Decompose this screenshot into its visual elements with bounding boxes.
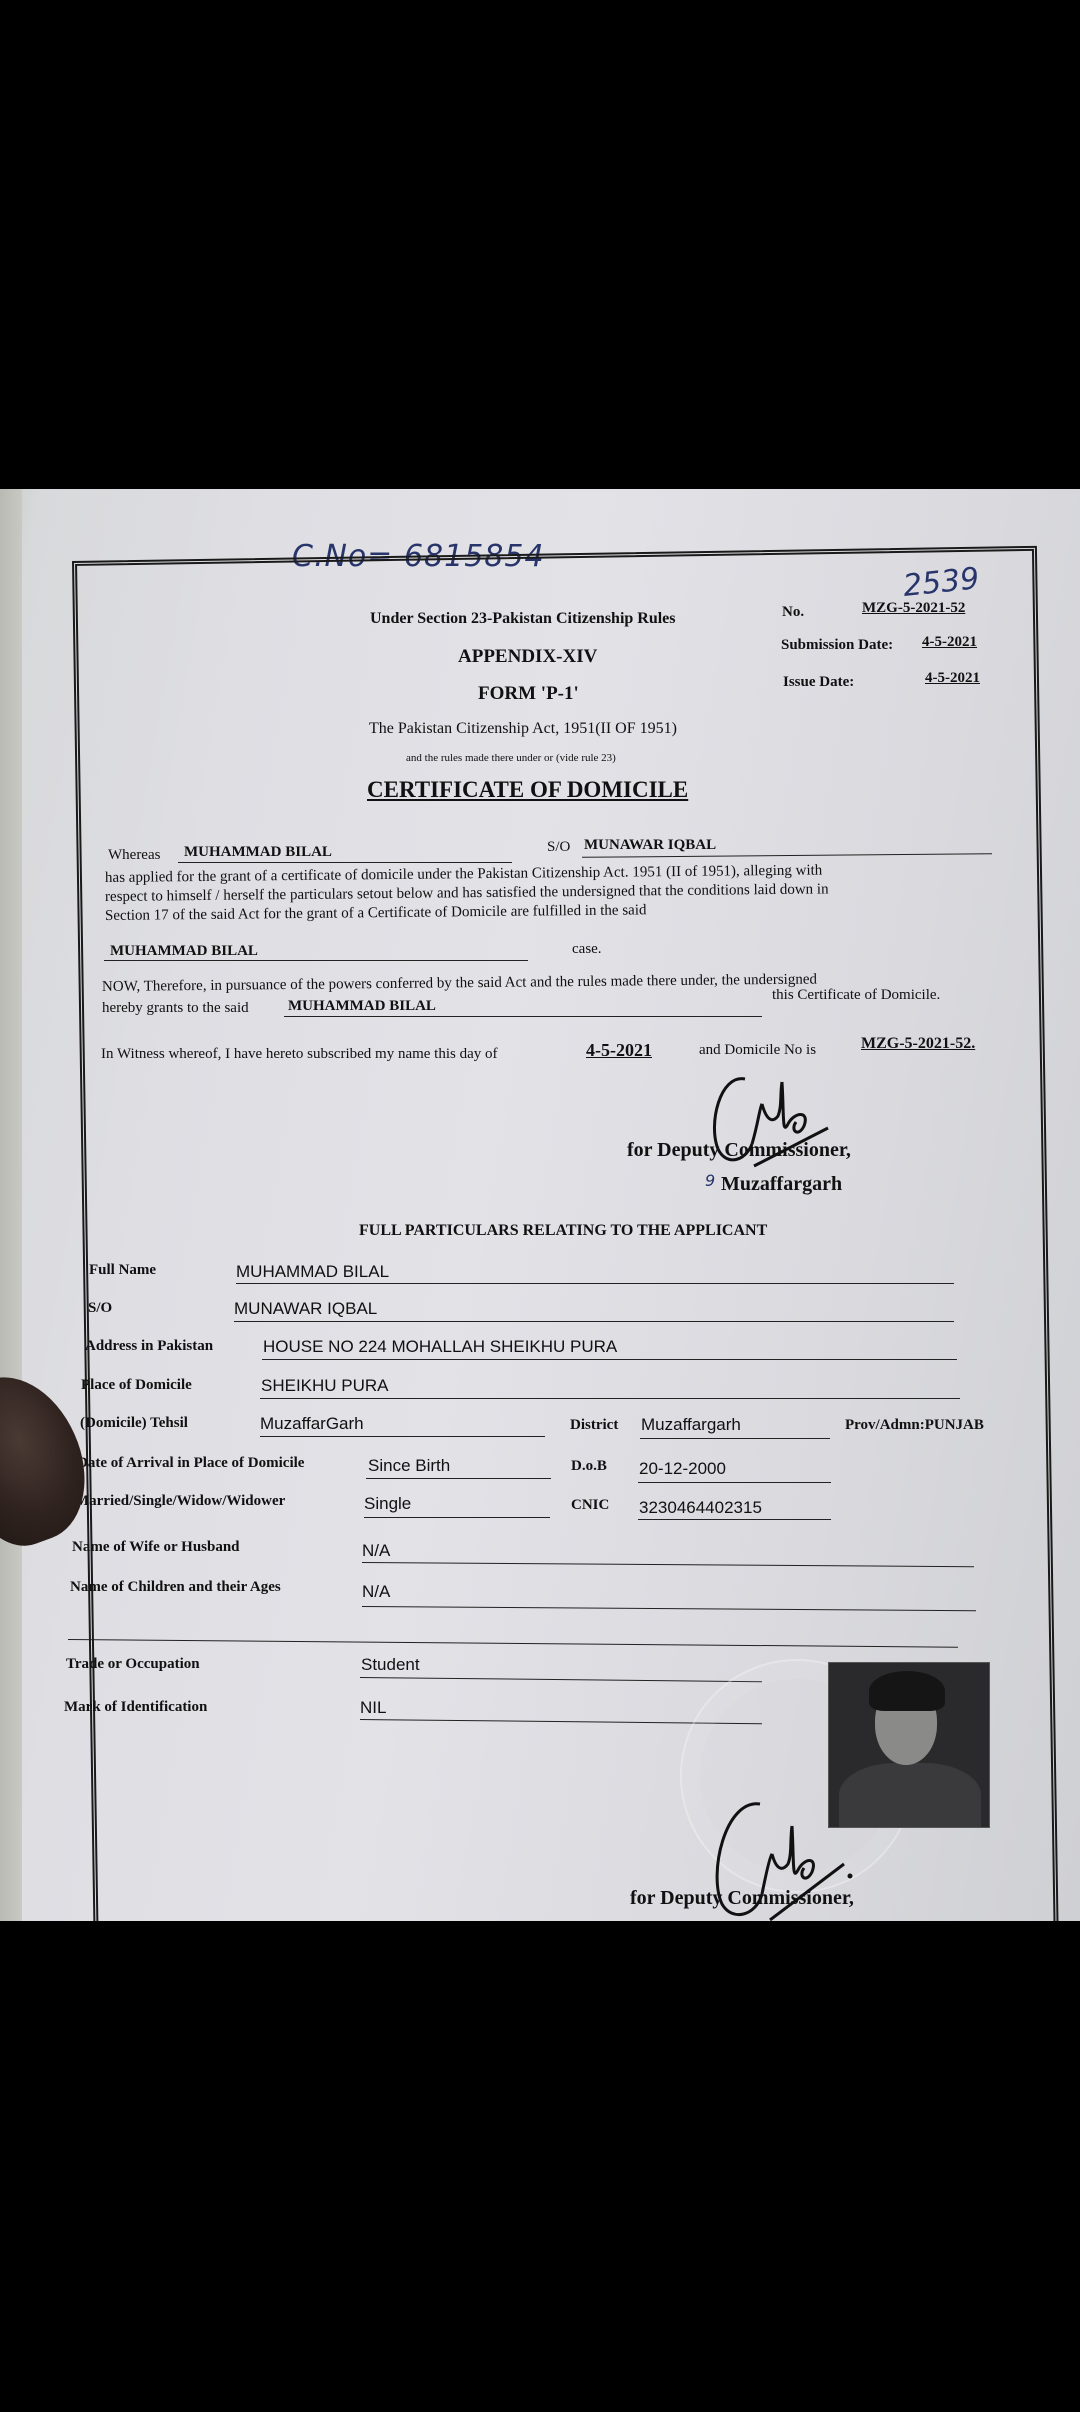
submission-date-label: Submission Date: <box>781 637 893 654</box>
witness-date: 4-5-2021 <box>586 1040 652 1061</box>
dob-value: 20-12-2000 <box>639 1459 726 1479</box>
full-name-value: MUHAMMAD BILAL <box>236 1262 389 1282</box>
place-of-domicile-value: SHEIKHU PURA <box>261 1376 389 1396</box>
occupation-label: Trade or Occupation <box>66 1656 200 1673</box>
place-of-domicile-label: Place of Domicile <box>81 1377 192 1394</box>
full-name-label: Full Name <box>89 1262 156 1279</box>
signatory-line-1: for Deputy Commissioner, <box>627 1139 851 1162</box>
domicile-no: MZG-5-2021-52. <box>861 1035 975 1053</box>
cnic-value: 3230464402315 <box>639 1498 762 1518</box>
witness-text: In Witness whereof, I have hereto subscr… <box>101 1046 498 1063</box>
marital-status-label: Married/Single/Widow/Widower <box>75 1493 285 1510</box>
so-label: S/O <box>547 839 570 856</box>
case-label: case. <box>572 941 602 958</box>
submission-date-value: 4-5-2021 <box>922 634 977 651</box>
address-label: Address in Pakistan <box>85 1338 213 1355</box>
signatory-line-2: Muzaffargarh <box>721 1173 842 1196</box>
grantee-name: MUHAMMAD BILAL <box>288 998 436 1015</box>
issue-date-label: Issue Date: <box>783 674 854 691</box>
province-value: Prov/Admn:PUNJAB <box>845 1417 984 1434</box>
so-particulars-value: MUNAWAR IQBAL <box>234 1299 377 1319</box>
grants-text: hereby grants to the said <box>102 1000 249 1017</box>
so-particulars-label: S/O <box>88 1300 112 1317</box>
arrival-label: Date of Arrival in Place of Domicile <box>77 1455 304 1472</box>
children-label: Name of Children and their Ages <box>70 1579 281 1596</box>
bottom-signatory-line: for Deputy Commissioner, <box>630 1887 854 1910</box>
underlying-sheet-edge <box>0 489 22 1921</box>
tehsil-label: (Domicile) Tehsil <box>80 1415 188 1432</box>
no-label: No. <box>782 604 804 621</box>
domicile-certificate-photo: C.No= 6815854 2539 Under Section 23-Paki… <box>0 489 1080 1921</box>
form-heading: FORM 'P-1' <box>478 683 579 705</box>
address-value: HOUSE NO 224 MOHALLAH SHEIKHU PURA <box>263 1337 617 1357</box>
handwritten-mark: 9 <box>705 1171 715 1190</box>
arrival-value: Since Birth <box>368 1456 450 1476</box>
father-name: MUNAWAR IQBAL <box>584 837 716 854</box>
whereas-label: Whereas <box>108 847 160 864</box>
rules-line: and the rules made there under or (vide … <box>406 752 616 764</box>
appendix-heading: APPENDIX-XIV <box>458 646 597 668</box>
applicant-name: MUHAMMAD BILAL <box>184 844 332 861</box>
cnic-label: CNIC <box>571 1497 609 1514</box>
dob-label: D.o.B <box>571 1458 607 1475</box>
mark-label: Mark of Identification <box>64 1699 207 1716</box>
marital-status-value: Single <box>364 1494 411 1514</box>
no-value: MZG-5-2021-52 <box>862 600 965 617</box>
children-value: N/A <box>362 1582 390 1602</box>
domicile-no-label: and Domicile No is <box>699 1042 816 1059</box>
district-label: District <box>570 1417 618 1434</box>
grants-tail: this Certificate of Domicile. <box>772 987 940 1004</box>
district-value: Muzaffargarh <box>641 1415 741 1435</box>
case-name: MUHAMMAD BILAL <box>110 943 258 960</box>
mark-value: NIL <box>360 1698 386 1718</box>
occupation-value: Student <box>361 1655 420 1675</box>
issue-date-value: 4-5-2021 <box>925 670 980 687</box>
spouse-label: Name of Wife or Husband <box>72 1539 240 1556</box>
spouse-value: N/A <box>362 1541 390 1561</box>
act-line: The Pakistan Citizenship Act, 1951(II OF… <box>369 720 677 738</box>
tehsil-value: MuzaffarGarh <box>260 1414 364 1434</box>
certificate-title: CERTIFICATE OF DOMICILE <box>367 777 688 803</box>
rule-line: Under Section 23-Pakistan Citizenship Ru… <box>370 610 676 628</box>
particulars-heading: FULL PARTICULARS RELATING TO THE APPLICA… <box>359 1222 767 1240</box>
